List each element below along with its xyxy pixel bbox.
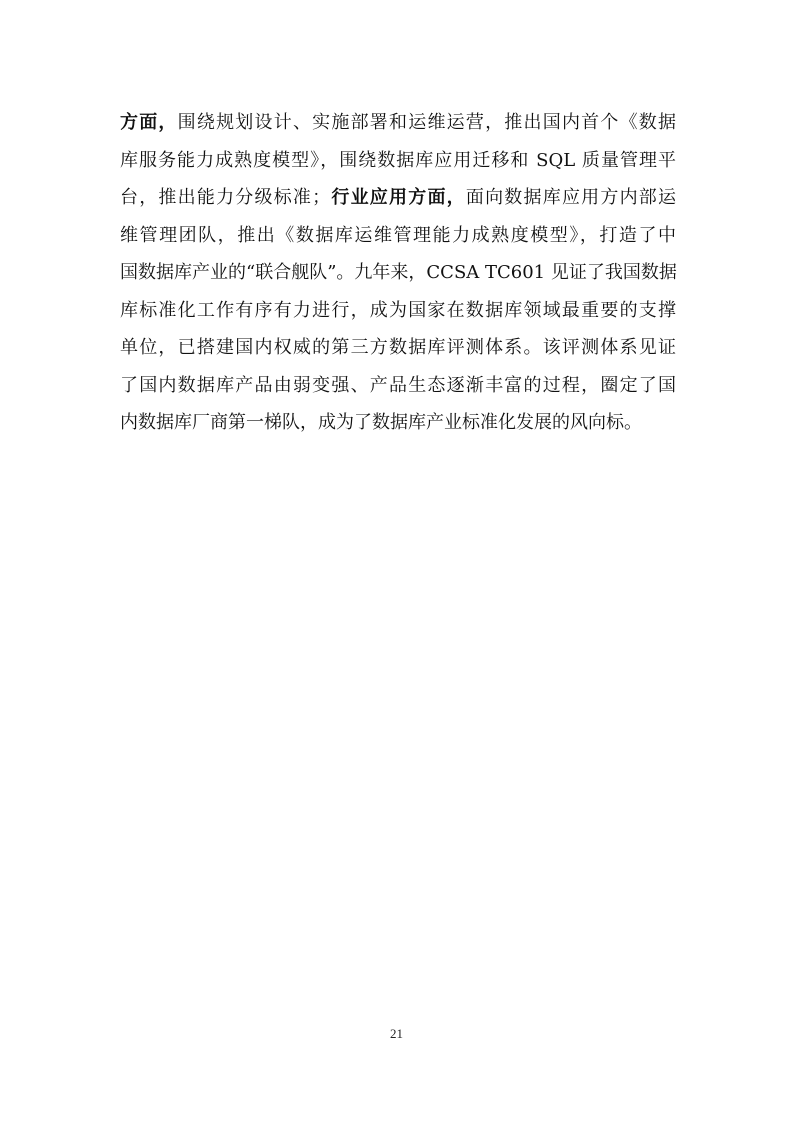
text-line-3: 台，推出能力分级标准；行业应用方面，面向数据库应用方内部运	[120, 179, 676, 217]
text-line-6: 库标准化工作有序有力进行，成为国家在数据库领域最重要的支撑	[120, 292, 676, 330]
page-number: 21	[0, 1026, 793, 1042]
text-line-4: 维管理团队，推出《数据库运维管理能力成熟度模型》，打造了中	[120, 217, 676, 255]
text-line-9: 内数据库厂商第一梯队，成为了数据库产业标准化发展的风向标。	[120, 404, 676, 442]
body-paragraph: 方面，围绕规划设计、实施部署和运维运营，推出国内首个《数据 库服务能力成熟度模型…	[120, 104, 676, 442]
text-line-8: 了国内数据库产品由弱变强、产品生态逐渐丰富的过程，圈定了国	[120, 367, 676, 405]
text-line-5: 国数据库产业的“联合舰队”。九年来，CCSA TC601 见证了我国数据	[120, 254, 676, 292]
text-line-7: 单位，已搭建国内权威的第三方数据库评测体系。该评测体系见证	[120, 329, 676, 367]
document-page: 方面，围绕规划设计、实施部署和运维运营，推出国内首个《数据 库服务能力成熟度模型…	[0, 0, 793, 1122]
bold-heading-industry-application: 行业应用方面，	[330, 187, 466, 208]
text-line-2: 库服务能力成熟度模型》，围绕数据库应用迁移和 SQL 质量管理平	[120, 142, 676, 180]
bold-heading-aspect: 方面，	[120, 112, 178, 133]
text-line-1: 方面，围绕规划设计、实施部署和运维运营，推出国内首个《数据	[120, 104, 676, 142]
